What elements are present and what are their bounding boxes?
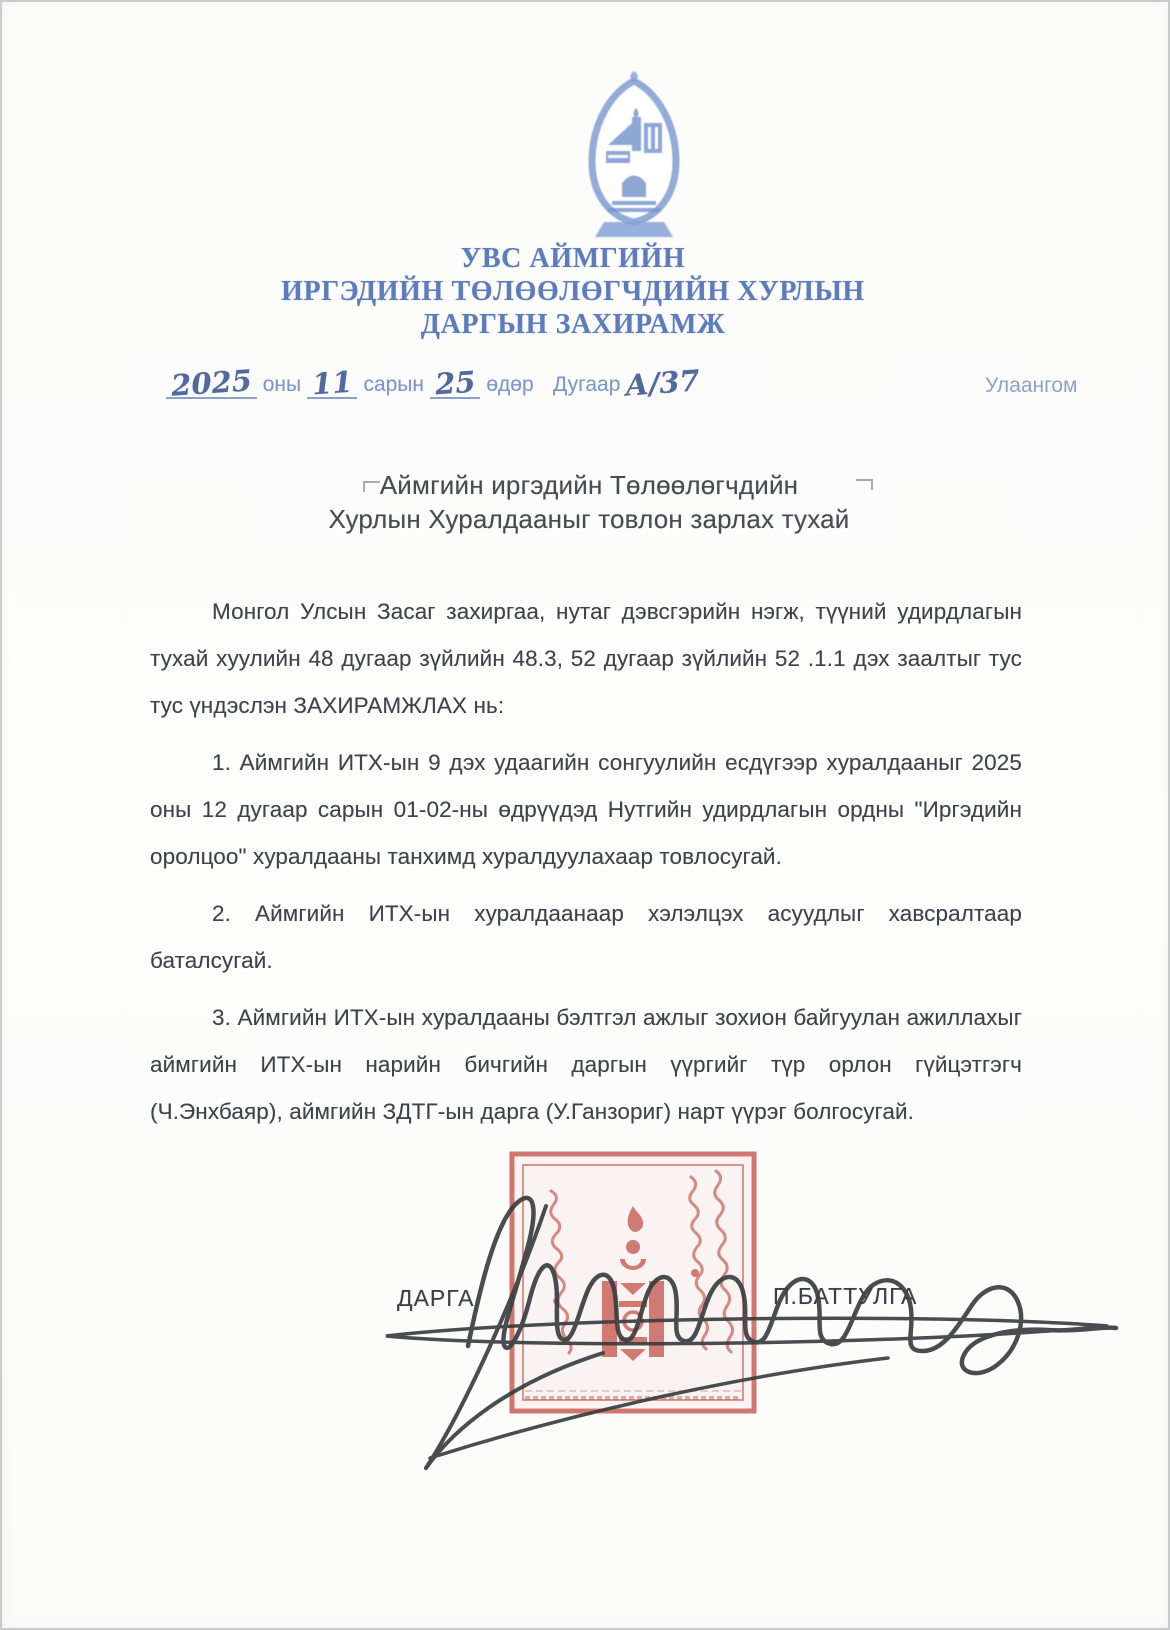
day-label: өдөр <box>486 373 533 396</box>
city-label: Улаангом <box>985 374 1077 398</box>
paragraph-clause-3: 3. Аймгийн ИТХ-ын хуралдааны бэлтгэл ажл… <box>150 994 1022 1135</box>
year-label: оны <box>263 373 301 396</box>
number-label: Дугаар <box>553 373 620 396</box>
org-line-3: ДАРГЫН ЗАХИРАМЖ <box>0 308 1158 341</box>
org-header: УВС АЙМГИЙН ИРГЭДИЙН ТӨЛӨӨЛӨГЧДИЙН ХУРЛЫ… <box>0 242 1158 341</box>
month-value: 11 <box>311 369 353 398</box>
decree-title-line-2: Хурлын Хуралдааныг товлон зарлах тухай <box>4 502 1170 536</box>
signer-name: П.БАТТУЛГА <box>773 1283 917 1310</box>
decree-title-line-1: Аймгийн иргэдийн Төлөөлөгчдийн <box>4 468 1170 502</box>
paragraph-clause-2: 2. Аймгийн ИТХ-ын хуралдаанаар хэлэлцэх … <box>150 890 1022 984</box>
date-group: 2025оны11сарын25өдөр <box>160 368 534 399</box>
day-blank: 25 <box>430 368 480 399</box>
paragraph-preamble: Монгол Улсын Засаг захиргаа, нутаг дэвсг… <box>150 588 1022 729</box>
org-line-1: УВС АЙМГИЙН <box>0 242 1158 275</box>
mongolia-emblem-icon <box>578 64 690 238</box>
year-blank: 2025 <box>166 368 257 399</box>
number-value: А/37 <box>624 367 700 398</box>
month-blank: 11 <box>307 368 357 399</box>
month-label: сарын <box>363 373 424 396</box>
signer-role: ДАРГА <box>397 1285 475 1312</box>
year-value: 2025 <box>170 367 252 399</box>
scanned-decree-page: УВС АЙМГИЙН ИРГЭДИЙН ТӨЛӨӨЛӨГЧДИЙН ХУРЛЫ… <box>0 0 1170 1630</box>
paragraph-clause-1: 1. Аймгийн ИТХ-ын 9 дэх удаагийн сонгуул… <box>150 739 1022 880</box>
day-value: 25 <box>434 369 476 398</box>
org-line-2: ИРГЭДИЙН ТӨЛӨӨЛӨГЧДИЙН ХУРЛЫН <box>0 275 1158 308</box>
number-group: Дугаар А/37 <box>553 368 699 397</box>
signature-stroke <box>368 1168 1128 1493</box>
meta-row: 2025оны11сарын25өдөр Дугаар А/37 Улаанго… <box>0 360 1170 416</box>
decree-title: Аймгийн иргэдийн Төлөөлөгчдийн Хурлын Ху… <box>4 468 1170 536</box>
decree-body: Монгол Улсын Засаг захиргаа, нутаг дэвсг… <box>150 588 1022 1145</box>
